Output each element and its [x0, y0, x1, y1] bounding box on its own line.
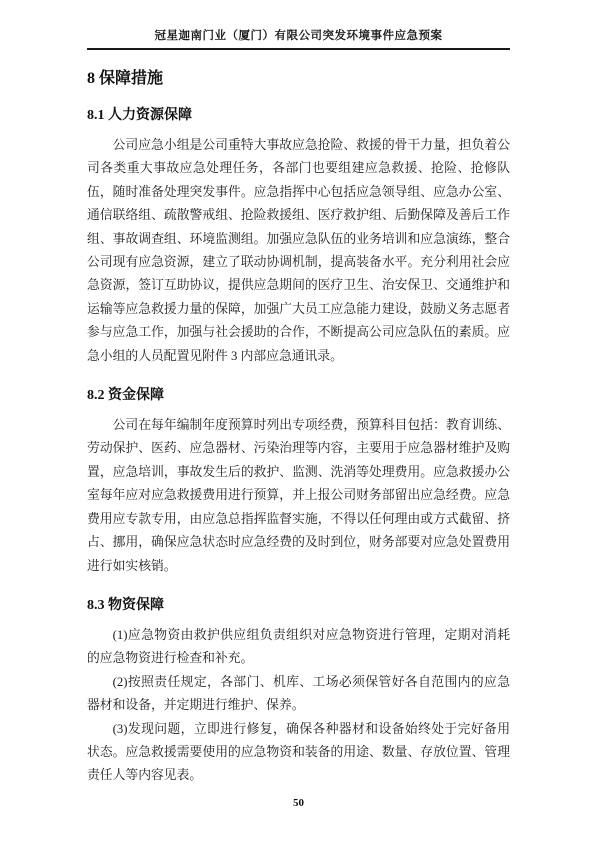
- paragraph-8-3-item-1: (1)应急物资由救护供应组负责组织对应急物资进行管理，定期对消耗的应急物资进行检…: [87, 624, 510, 671]
- page-number: 50: [0, 797, 597, 809]
- section-heading-8-2: 8.2 资金保障: [87, 384, 510, 404]
- paragraph-8-3-item-3: (3)发现问题，立即进行修复，确保各种器材和设备始终处于完好备用状态。应急救援需…: [87, 718, 510, 788]
- page-content: 冠星迦南门业（厦门）有限公司突发环境事件应急预案 8 保障措施 8.1 人力资源…: [87, 0, 510, 788]
- paragraph-8-2: 公司在每年编制年度预算时列出专项经费，预算科目包括：教育训练、劳动保护、医药、应…: [87, 414, 510, 578]
- section-heading-8: 8 保障措施: [87, 65, 510, 88]
- paragraph-8-1: 公司应急小组是公司重特大事故应急抢险、救援的骨干力量，担负着公司各类重大事故应急…: [87, 134, 510, 368]
- section-heading-8-3: 8.3 物资保障: [87, 594, 510, 614]
- document-header-title: 冠星迦南门业（厦门）有限公司突发环境事件应急预案: [87, 0, 510, 50]
- document-page: 冠星迦南门业（厦门）有限公司突发环境事件应急预案 8 保障措施 8.1 人力资源…: [0, 0, 597, 843]
- section-heading-8-1: 8.1 人力资源保障: [87, 104, 510, 124]
- paragraph-8-3-item-2: (2)按照责任规定，各部门、机库、工场必须保管好各自范围内的应急器材和设备，并定…: [87, 671, 510, 718]
